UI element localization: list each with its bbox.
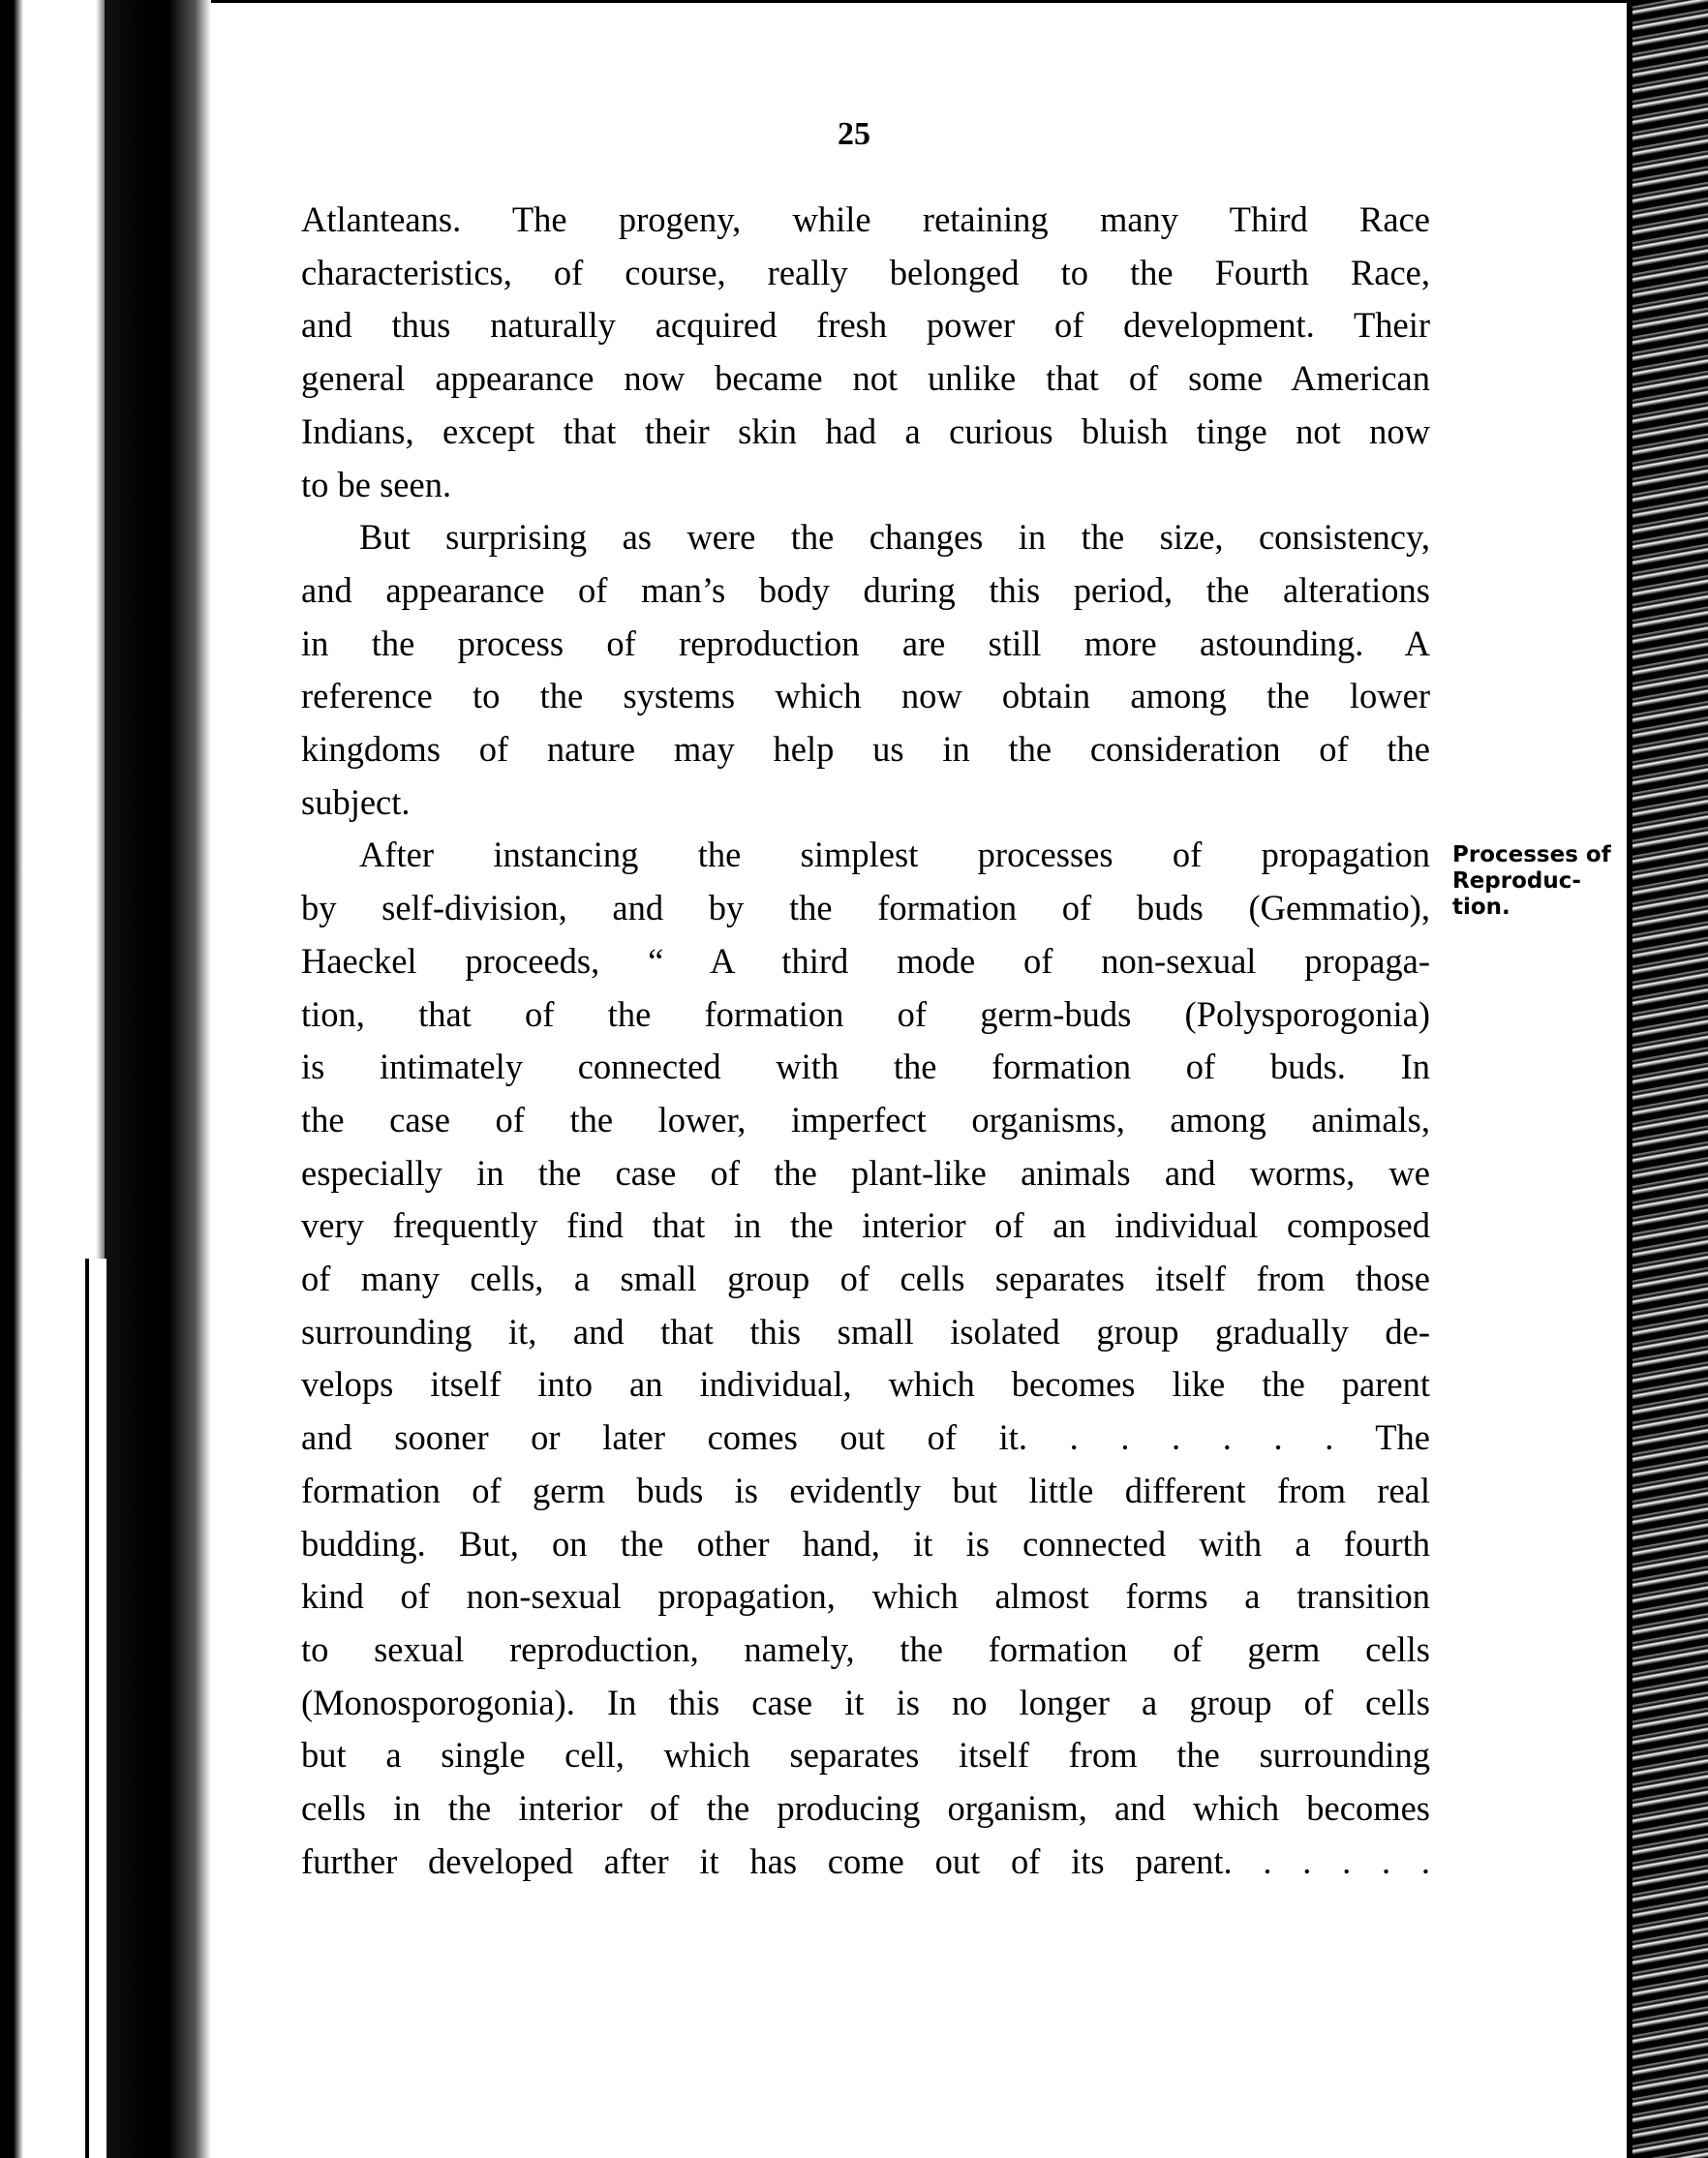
text-line: to be seen. — [301, 459, 1430, 512]
text-line: but a single cell, which separates itsel… — [301, 1729, 1430, 1782]
text-line: Atlanteans. The progeny, while retaining… — [301, 194, 1430, 247]
scan-border-left — [0, 0, 14, 2158]
text-line: subject. — [301, 776, 1430, 830]
scan-margin-lower — [77, 1259, 107, 2158]
paragraph: After instancing the simplest processes … — [301, 829, 1430, 1888]
page-number: 25 — [0, 116, 1708, 153]
text-line: Haeckel proceeds, “ A third mode of non-… — [301, 935, 1430, 988]
text-line: kingdoms of nature may help us in the co… — [301, 723, 1430, 776]
margin-note: Processes ofReproduc-tion. — [1452, 842, 1611, 921]
text-line: and appearance of man’s body during this… — [301, 564, 1430, 618]
text-line: surrounding it, and that this small isol… — [301, 1306, 1430, 1359]
text-line: by self-division, and by the formation o… — [301, 882, 1430, 935]
text-line: the case of the lower, imperfect organis… — [301, 1094, 1430, 1147]
text-line: velops itself into an individual, which … — [301, 1358, 1430, 1412]
text-line: After instancing the simplest processes … — [301, 829, 1430, 882]
text-line: characteristics, of course, really belon… — [301, 247, 1430, 300]
margin-note-line: Processes of — [1452, 842, 1611, 868]
text-line: is intimately connected with the formati… — [301, 1041, 1430, 1094]
page-top-edge — [211, 0, 1627, 3]
text-line: general appearance now became not unlike… — [301, 352, 1430, 406]
text-line: (Monosporogonia). In this case it is no … — [301, 1677, 1430, 1730]
margin-note-line: Reproduc- — [1452, 868, 1611, 895]
text-line: especially in the case of the plant-like… — [301, 1147, 1430, 1201]
text-line: further developed after it has come out … — [301, 1836, 1430, 1889]
text-line: But surprising as were the changes in th… — [301, 511, 1430, 564]
text-line: and thus naturally acquired fresh power … — [301, 299, 1430, 352]
paragraph: Atlanteans. The progeny, while retaining… — [301, 194, 1430, 511]
book-spine-shadow — [105, 0, 211, 2158]
book-edge-right — [1627, 0, 1708, 2158]
margin-note-line: tion. — [1452, 895, 1611, 921]
text-line: very frequently find that in the interio… — [301, 1200, 1430, 1253]
text-line: kind of non-sexual propagation, which al… — [301, 1570, 1430, 1624]
text-line: to sexual reproduction, namely, the form… — [301, 1624, 1430, 1677]
text-line: formation of germ buds is evidently but … — [301, 1465, 1430, 1518]
text-line: cells in the interior of the producing o… — [301, 1782, 1430, 1836]
text-line: in the process of reproduction are still… — [301, 618, 1430, 671]
text-line: and sooner or later comes out of it. . .… — [301, 1412, 1430, 1465]
text-line: budding. But, on the other hand, it is c… — [301, 1518, 1430, 1571]
body-text: Atlanteans. The progeny, while retaining… — [301, 194, 1430, 1889]
text-line: tion, that of the formation of germ-buds… — [301, 988, 1430, 1042]
text-line: of many cells, a small group of cells se… — [301, 1253, 1430, 1306]
text-line: reference to the systems which now obtai… — [301, 670, 1430, 723]
text-line: Indians, except that their skin had a cu… — [301, 406, 1430, 459]
spine-edge-line — [85, 1259, 89, 2158]
paragraph: But surprising as were the changes in th… — [301, 511, 1430, 829]
